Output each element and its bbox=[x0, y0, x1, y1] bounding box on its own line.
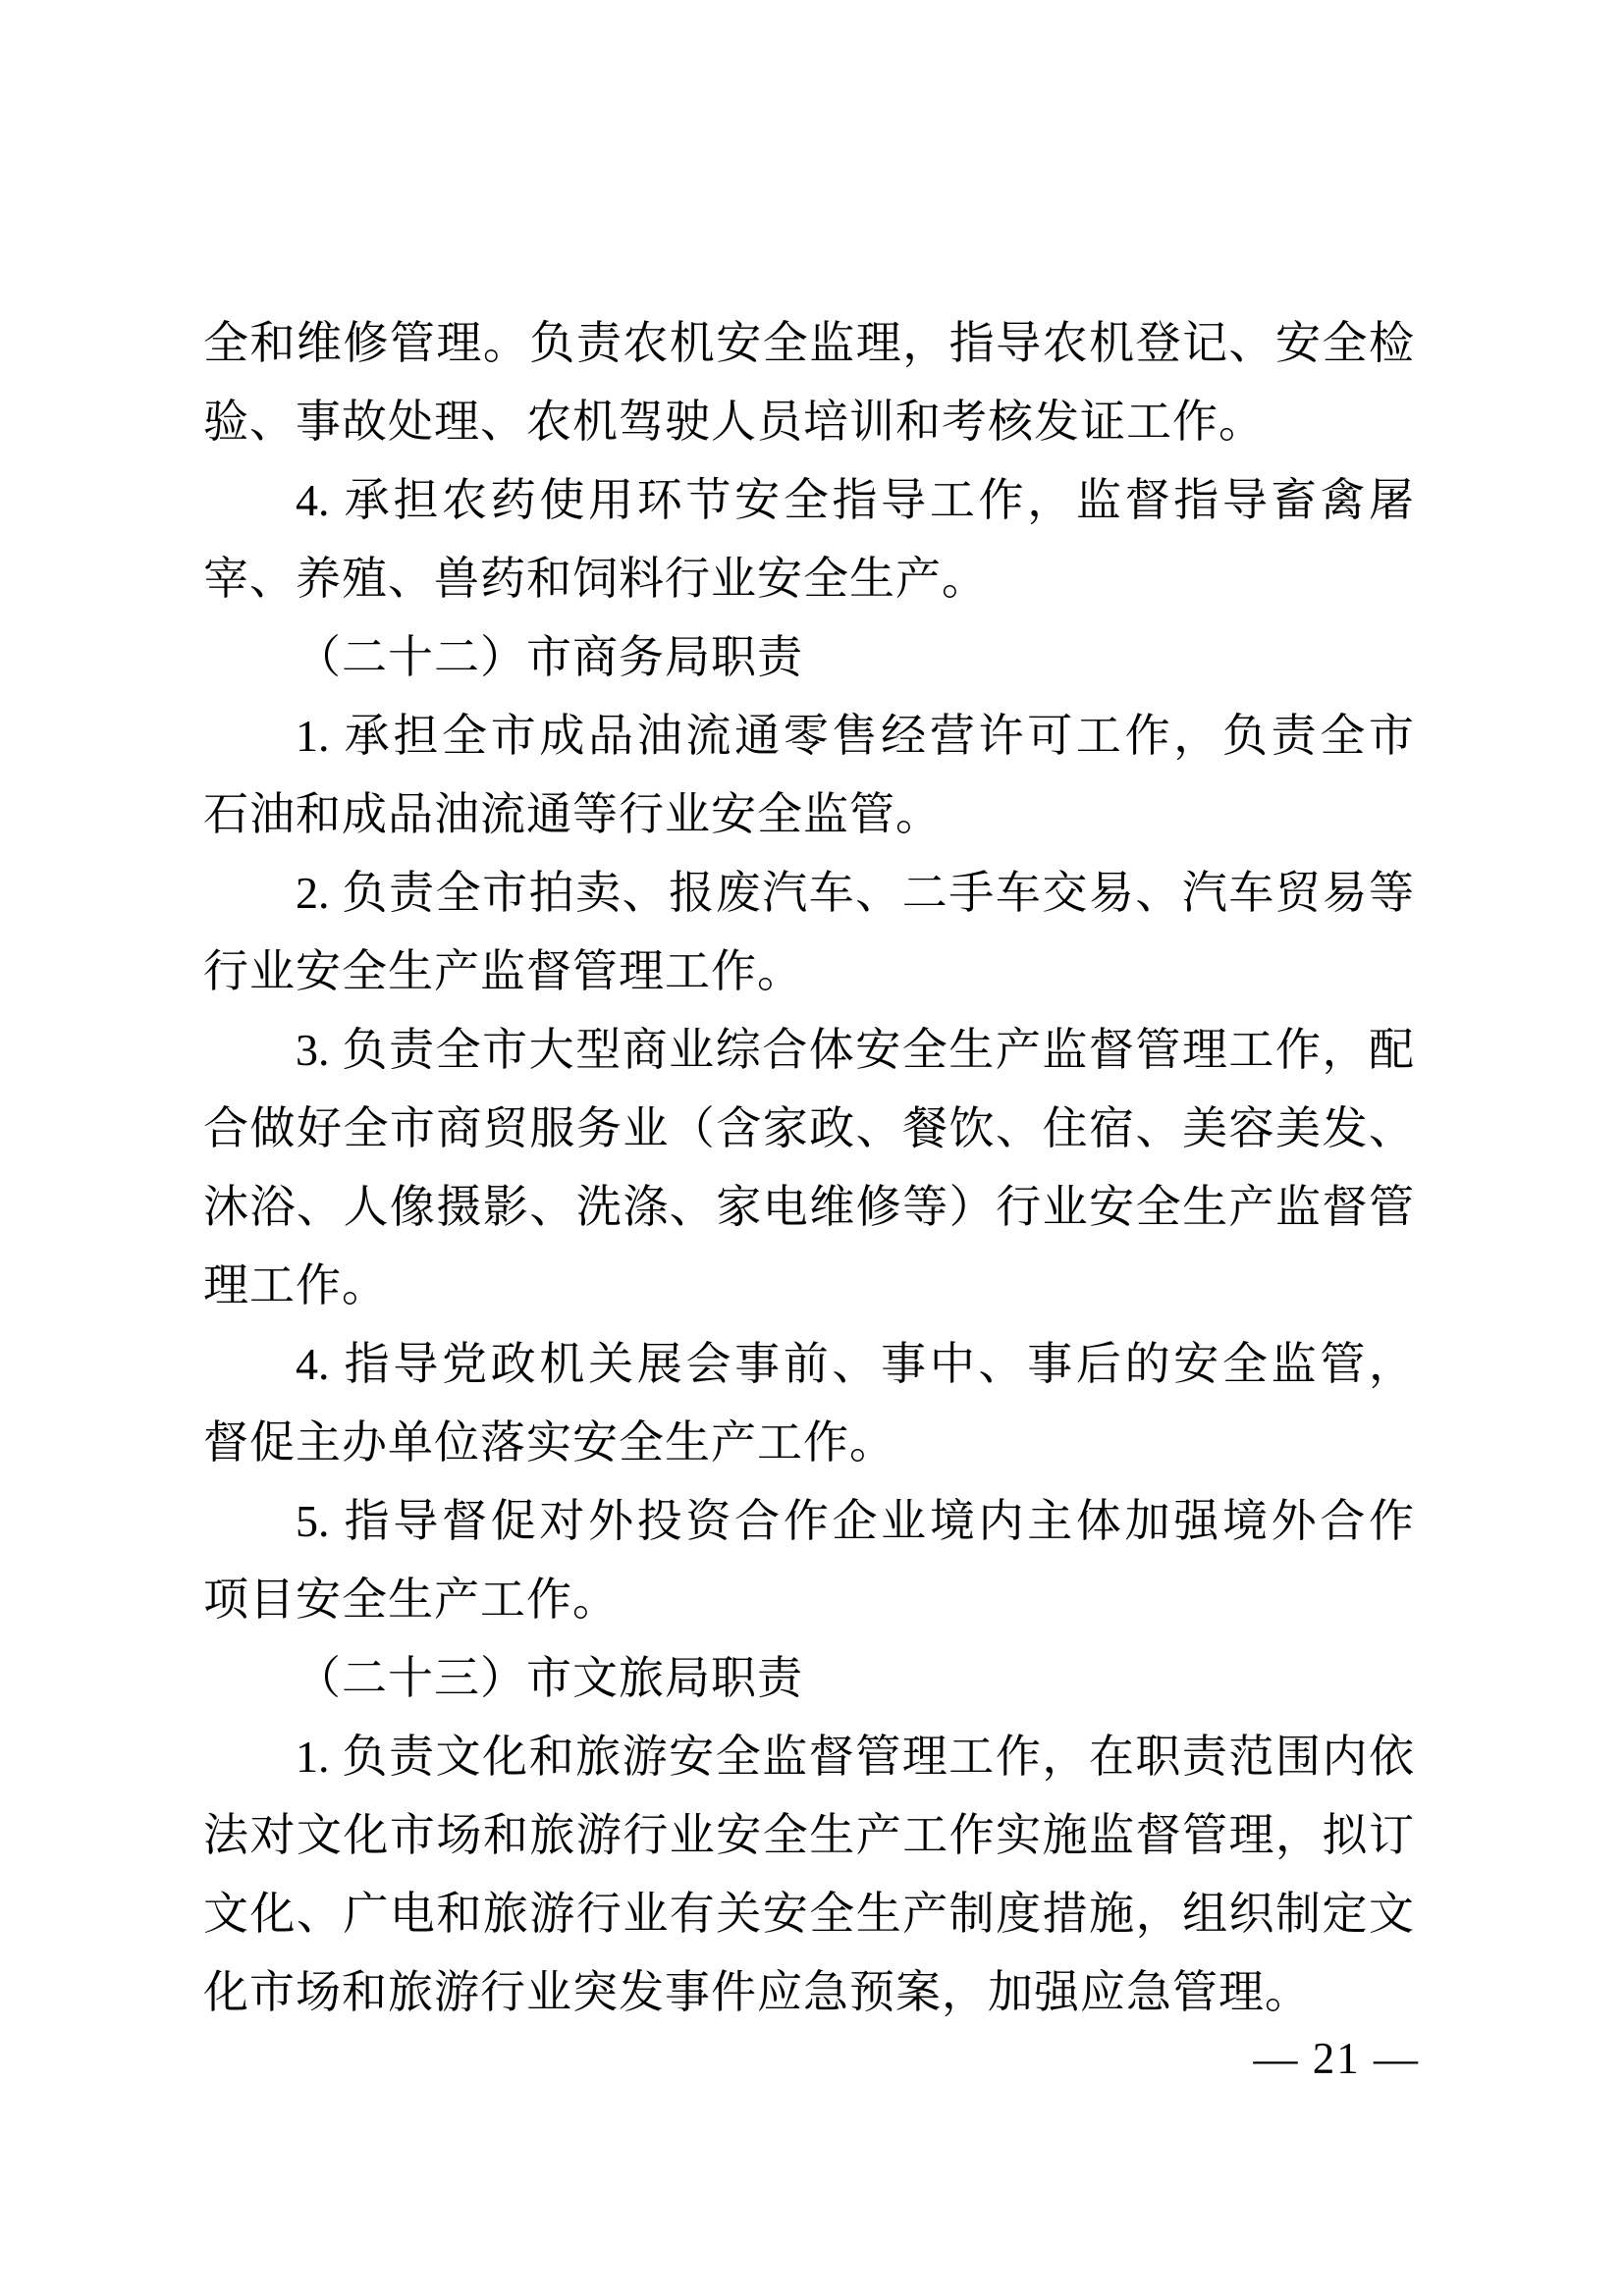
text-line: 5. 指导督促对外投资合作企业境内主体加强境外合作 bbox=[203, 1482, 1414, 1561]
text-line: 2. 负责全市拍卖、报废汽车、二手车交易、汽车贸易等 bbox=[203, 854, 1414, 933]
text-line: 项目安全生产工作。 bbox=[203, 1561, 1414, 1639]
text-line: 验、事故处理、农机驾驶人员培训和考核发证工作。 bbox=[203, 383, 1414, 461]
text-line: 督促主办单位落实安全生产工作。 bbox=[203, 1404, 1414, 1482]
text-line: 4. 承担农药使用环节安全指导工作，监督指导畜禽屠 bbox=[203, 461, 1414, 540]
document-body: 全和维修管理。负责农机安全监理，指导农机登记、安全检验、事故处理、农机驾驶人员培… bbox=[203, 304, 1414, 2032]
text-line: 行业安全生产监督管理工作。 bbox=[203, 933, 1414, 1011]
text-line: 宰、养殖、兽药和饲料行业安全生产。 bbox=[203, 540, 1414, 618]
text-line: 法对文化市场和旅游行业安全生产工作实施监督管理，拟订 bbox=[203, 1796, 1414, 1875]
text-line: 理工作。 bbox=[203, 1247, 1414, 1325]
text-line: 沐浴、人像摄影、洗涤、家电维修等）行业安全生产监督管 bbox=[203, 1168, 1414, 1247]
document-page: 全和维修管理。负责农机安全监理，指导农机登记、安全检验、事故处理、农机驾驶人员培… bbox=[0, 0, 1624, 2296]
section-heading: （二十二）市商务局职责 bbox=[203, 618, 1414, 697]
text-line: 石油和成品油流通等行业安全监管。 bbox=[203, 775, 1414, 854]
text-line: 文化、广电和旅游行业有关安全生产制度措施，组织制定文 bbox=[203, 1875, 1414, 1953]
text-line: 3. 负责全市大型商业综合体安全生产监督管理工作，配 bbox=[203, 1011, 1414, 1090]
text-line: 4. 指导党政机关展会事前、事中、事后的安全监管， bbox=[203, 1325, 1414, 1404]
text-line: 合做好全市商贸服务业（含家政、餐饮、住宿、美容美发、 bbox=[203, 1090, 1414, 1168]
page-number: — 21 — bbox=[1254, 2034, 1421, 2083]
text-line: 1. 承担全市成品油流通零售经营许可工作，负责全市 bbox=[203, 697, 1414, 775]
section-heading: （二十三）市文旅局职责 bbox=[203, 1639, 1414, 1718]
text-line: 全和维修管理。负责农机安全监理，指导农机登记、安全检 bbox=[203, 304, 1414, 383]
text-line: 化市场和旅游行业突发事件应急预案，加强应急管理。 bbox=[203, 1953, 1414, 2032]
text-line: 1. 负责文化和旅游安全监督管理工作，在职责范围内依 bbox=[203, 1718, 1414, 1796]
